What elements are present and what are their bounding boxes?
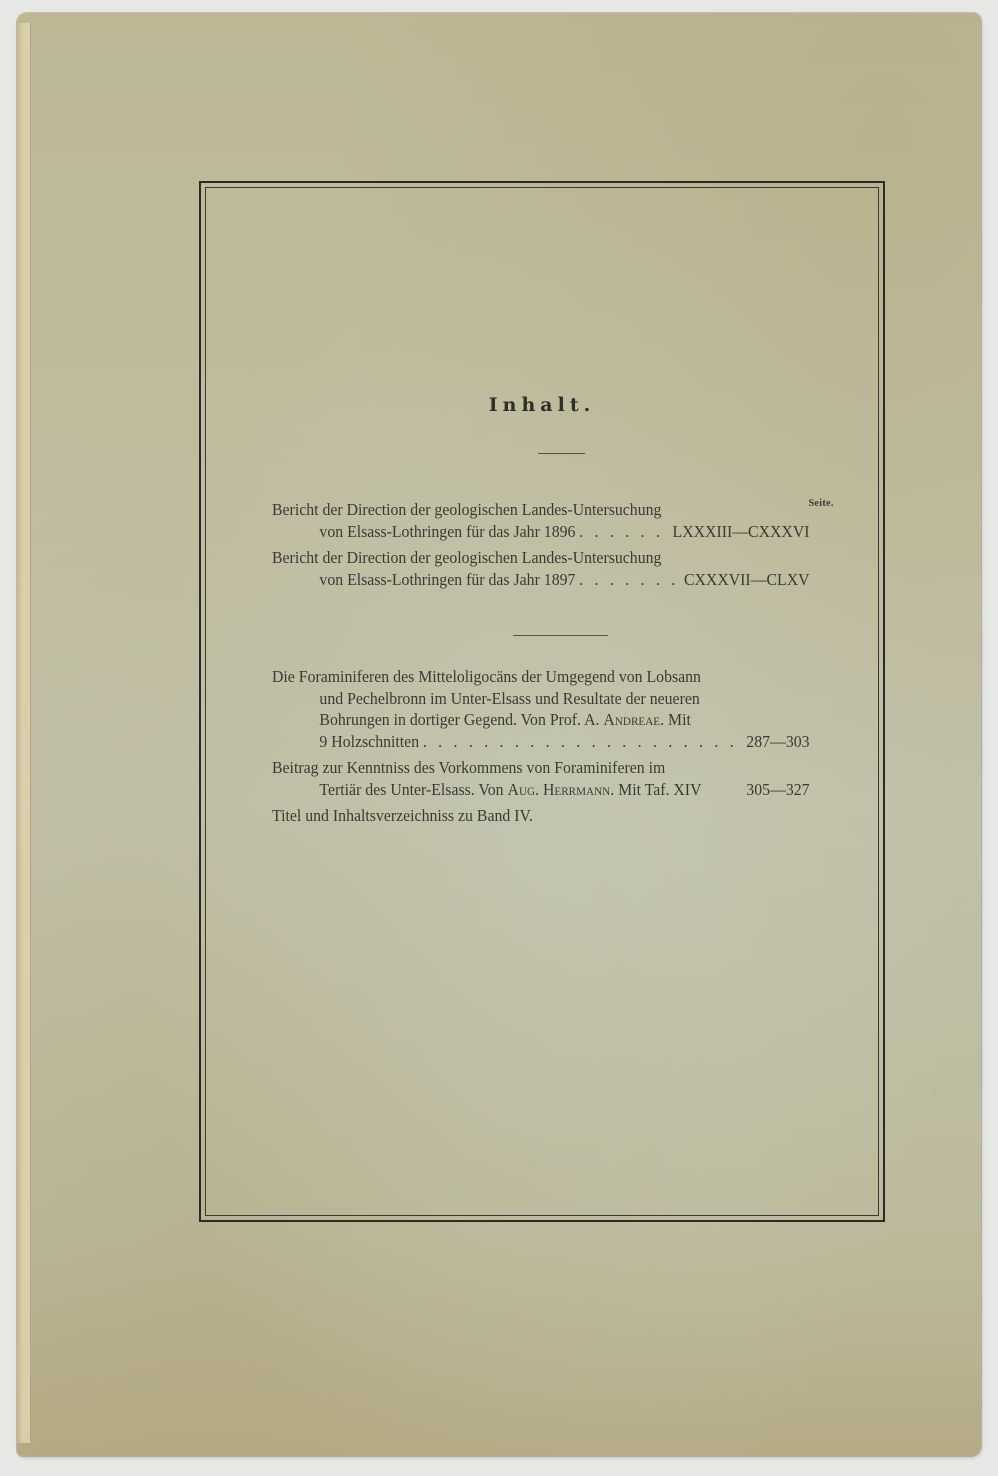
dot-leader: . . . . . . . . . . . . . . . . . . . . … [423, 731, 741, 753]
page-column-label: Seite. [808, 493, 833, 515]
book-cover: Inhalt. Seite. Bericht der Direction der… [17, 13, 981, 1456]
toc-group-reports: Seite. Bericht der Direction der geologi… [272, 499, 810, 595]
toc-group-articles: Die Foraminiferen des Mitteloligocäns de… [272, 666, 810, 832]
entry-title-line: und Pechelbronn im Unter-Elsass und Resu… [272, 688, 810, 710]
dot-leader: . . . . . . . . . . . . . . . . . . . [579, 569, 678, 591]
entry-title-line: Tertiär des Unter-Elsass. Von Aug. Herrm… [319, 779, 701, 801]
page-range: CXXXVII—CLXV [684, 569, 810, 591]
page-range: LXXXIII—CXXXVI [673, 521, 810, 543]
entry-title-line: Bericht der Direction der geologischen L… [272, 547, 810, 569]
toc-entry: Bericht der Direction der geologischen L… [272, 499, 810, 542]
author-name: Aug. Herrmann [508, 780, 611, 799]
entry-title-line: Titel und Inhaltsverzeichniss zu Band IV… [272, 805, 810, 827]
toc-entry: Titel und Inhaltsverzeichniss zu Band IV… [272, 805, 810, 827]
page-range: 287—303 [746, 731, 809, 753]
entry-title-line: von Elsass-Lothringen für das Jahr 1897 [319, 569, 575, 591]
spine-edge [17, 23, 31, 1443]
entry-title-line: Bohrungen in dortiger Gegend. Von Prof. … [272, 709, 810, 731]
toc-title: Inhalt. [201, 394, 883, 416]
title-rule [538, 453, 585, 454]
page-range: 305—327 [746, 779, 809, 801]
dot-leader: . . . . . . . . . . . . . . . . . . . [579, 521, 667, 543]
double-rule-frame: Inhalt. Seite. Bericht der Direction der… [199, 181, 885, 1222]
entry-title-line: Bericht der Direction der geologischen L… [272, 499, 810, 521]
entry-title-line: 9 Holzschnitten [319, 731, 419, 753]
author-name: Andreae [603, 710, 660, 729]
toc-entry: Beitrag zur Kenntniss des Vorkommens von… [272, 757, 810, 800]
entry-title-line: Die Foraminiferen des Mitteloligocäns de… [272, 666, 810, 688]
toc-entry: Die Foraminiferen des Mitteloligocäns de… [272, 666, 810, 752]
entry-title-line: von Elsass-Lothringen für das Jahr 1896 [319, 521, 575, 543]
toc-entry: Bericht der Direction der geologischen L… [272, 547, 810, 590]
section-divider-rule [513, 635, 608, 636]
entry-title-line: Beitrag zur Kenntniss des Vorkommens von… [272, 757, 810, 779]
